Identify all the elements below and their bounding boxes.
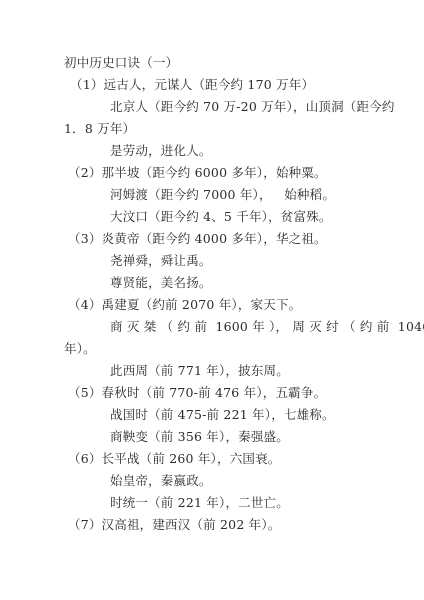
doc-line-9: 尧禅舜，舜让禹。 [110,253,212,269]
doc-line-18: （6）长平战（前 260 年），六国衰。 [68,451,281,467]
doc-line-13: 年）。 [64,341,96,357]
doc-line-12: 商 灭 桀 （ 约 前 1600 年 ）， 周 灭 纣 （ 约 前 1046 [110,319,424,335]
doc-line-8: （3）炎黄帝（距今约 4000 多年），华之祖。 [68,231,327,247]
doc-line-11: （4）禹建夏（约前 2070 年），家天下。 [68,297,301,313]
doc-line-3: 1．8 万年） [64,121,135,137]
doc-line-19: 始皇帝，秦嬴政。 [110,473,212,489]
doc-line-15: （5）春秋时（前 770-前 476 年），五霸争。 [68,385,326,401]
doc-line-16: 战国时（前 475-前 221 年），七雄称。 [110,407,335,423]
document-page: 初中历史口诀（一） （1）远古人，元谋人（距今约 170 万年） 北京人（距今约… [0,0,424,600]
doc-line-17: 商鞅变（前 356 年），秦强盛。 [110,429,289,445]
doc-line-21: （7）汉高祖，建西汉（前 202 年）。 [68,517,281,533]
doc-line-6: 河姆渡（距今约 7000 年）， 始种稻。 [110,187,335,203]
doc-line-4: 是劳动，进化人。 [110,143,212,159]
doc-line-1: （1）远古人，元谋人（距今约 170 万年） [70,77,314,93]
doc-line-5: （2）那半坡（距今约 6000 多年），始种粟。 [68,165,327,181]
doc-line-7: 大汶口（距今约 4、5 千年），贫富殊。 [110,209,332,225]
doc-title: 初中历史口诀（一） [64,55,178,71]
doc-line-20: 时统一（前 221 年），二世亡。 [110,495,289,511]
doc-line-2: 北京人（距今约 70 万-20 万年），山顶洞（距今约 [110,99,395,115]
doc-line-14: 此西周（前 771 年），披东周。 [110,363,289,379]
doc-line-10: 尊贤能，美名扬。 [110,275,212,291]
